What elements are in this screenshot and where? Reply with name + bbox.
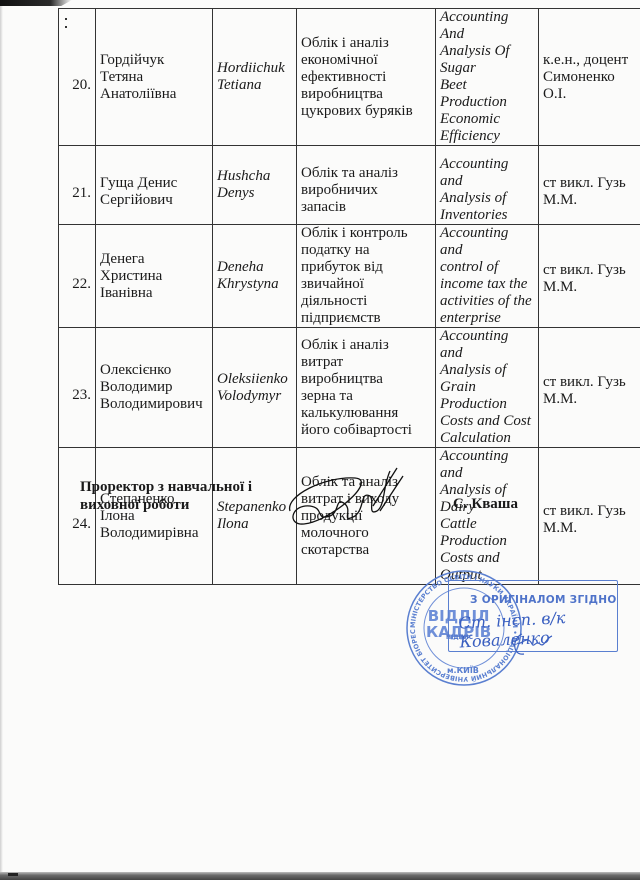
stamp-signature: [510, 630, 555, 660]
row-number: 24.: [59, 448, 96, 585]
thesis-topic-en: Accounting And Analysis Of Sugar Beet Pr…: [436, 9, 539, 146]
thesis-topic-en: Accounting and Analysis of Grain Product…: [436, 328, 539, 448]
thesis-topic-ua: Облік та аналіз виробничих запасів: [297, 146, 436, 225]
row-number: 21.: [59, 146, 96, 225]
thesis-topic-ua: Облік і контроль податку на прибуток від…: [297, 225, 436, 328]
student-name-latin: Hushcha Denys: [213, 146, 297, 225]
table-row: 20. Гордійчук Тетяна Анатоліївна Hordiic…: [59, 9, 640, 146]
scan-edge-corner: [0, 0, 72, 6]
scan-edge-bottom: [0, 872, 640, 880]
stamp-title: З ОРИГІНАЛОМ ЗГІДНО: [470, 594, 617, 606]
thesis-topic-en: Accounting and Analysis of Inventories: [436, 146, 539, 225]
student-name-ua: Гуща Денис Сергійович: [96, 146, 213, 225]
signatory-position: Проректор з навчальної і виховної роботи: [80, 478, 252, 514]
row-number: 22.: [59, 225, 96, 328]
student-name-ua: Гордійчук Тетяна Анатоліївна: [96, 9, 213, 146]
student-name-latin: Deneha Khrystyna: [213, 225, 297, 328]
scan-mark: [8, 873, 18, 876]
student-name-ua: Олексієнко Володимир Володимирович: [96, 328, 213, 448]
scan-edge-left: [0, 0, 3, 880]
handwritten-signature: [285, 466, 405, 536]
thesis-topic-en: Accounting and Analysis of Dairy Cattle …: [436, 448, 539, 585]
supervisor: ст викл. Гузь М.М.: [539, 225, 640, 328]
student-name-latin: Hordiichuk Tetiana: [213, 9, 297, 146]
stamp-label: ПІДПИС: [446, 634, 473, 641]
table-row: 21. Гуща Денис Сергійович Hushcha Denys …: [59, 146, 640, 225]
student-name-latin: Oleksiienko Volodymyr: [213, 328, 297, 448]
row-number: 23.: [59, 328, 96, 448]
thesis-topic-ua: Облік і аналіз витрат виробництва зерна …: [297, 328, 436, 448]
table-row: 22. Денега Христина Іванівна Deneha Khry…: [59, 225, 640, 328]
certification-stamp: МІНІСТЕРСТВО ОСВІТИ І НАУКИ УКРАЇНИ • НА…: [404, 568, 634, 693]
signatory-name: С. Кваша: [453, 496, 518, 513]
thesis-topic-en: Accounting and control of income tax the…: [436, 225, 539, 328]
student-name-ua: Степаненко Ілона Володимирівна: [96, 448, 213, 585]
student-name-ua: Денега Христина Іванівна: [96, 225, 213, 328]
row-number: 20.: [59, 9, 96, 146]
supervisor: ст викл. Гузь М.М.: [539, 146, 640, 225]
stamp-city: м.КИЇВ: [447, 666, 479, 675]
supervisor: ст викл. Гузь М.М.: [539, 448, 640, 585]
supervisor: ст викл. Гузь М.М.: [539, 328, 640, 448]
student-name-latin: Stepanenko Ilona: [213, 448, 297, 585]
supervisor: к.е.н., доцент Симоненко О.І.: [539, 9, 640, 146]
thesis-topic-ua: Облік і аналіз економічної ефективності …: [297, 9, 436, 146]
table-row: 23. Олексієнко Володимир Володимирович O…: [59, 328, 640, 448]
